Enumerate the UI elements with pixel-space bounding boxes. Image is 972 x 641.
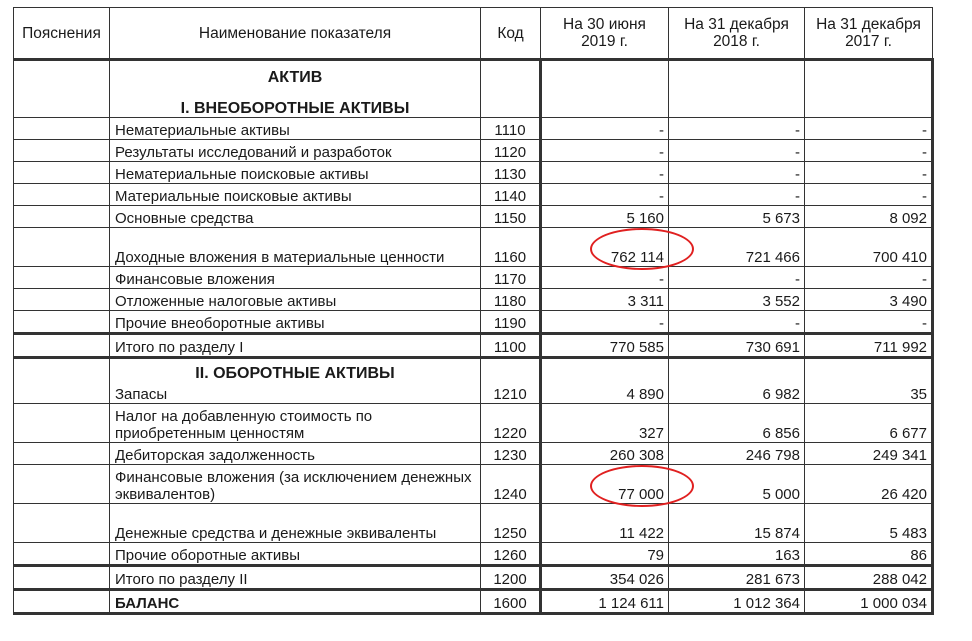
row-value-2017: 5 483 xyxy=(805,504,933,543)
table-row: Прочие оборотные активы12607916386 xyxy=(14,543,933,566)
row-value-2017: 711 992 xyxy=(805,334,933,358)
header-col-2019-line1: На 30 июня xyxy=(563,16,646,33)
row-value-2018: - xyxy=(669,118,805,140)
value-text: - xyxy=(659,188,664,205)
table-row: Результаты исследований и разработок1120… xyxy=(14,140,933,162)
table-row: Материальные поисковые активы1140--- xyxy=(14,184,933,206)
value-text: - xyxy=(659,271,664,288)
row-value-2018: 730 691 xyxy=(669,334,805,358)
row-value-2019: 79 xyxy=(541,543,669,566)
header-col-2019: На 30 июня2019 г. xyxy=(541,8,669,60)
row-code: 1100 xyxy=(481,334,541,358)
row-value-2017: - xyxy=(805,311,933,334)
value-cell xyxy=(669,60,805,118)
row-code: 1130 xyxy=(481,162,541,184)
notes-cell xyxy=(14,206,110,228)
notes-cell xyxy=(14,140,110,162)
row-value-2018: - xyxy=(669,267,805,289)
row-name: Материальные поисковые активы xyxy=(110,184,481,206)
row-code: 1180 xyxy=(481,289,541,311)
row-value-2018: - xyxy=(669,311,805,334)
row-name: Финансовые вложения (за исключением дене… xyxy=(110,465,481,504)
row-name: Нематериальные поисковые активы xyxy=(110,162,481,184)
row-value-2017: 3 490 xyxy=(805,289,933,311)
row-value-2017: - xyxy=(805,162,933,184)
table-row: Финансовые вложения (за исключением дене… xyxy=(14,465,933,504)
row-value-2018: 6 856 xyxy=(669,404,805,443)
header-notes: Пояснения xyxy=(14,8,110,60)
value-text: 3 311 xyxy=(628,293,664,310)
value-text: 1 124 611 xyxy=(598,595,664,612)
row-name: Финансовые вложения xyxy=(110,267,481,289)
notes-cell xyxy=(14,118,110,140)
header-col-2018-line1: На 31 декабря xyxy=(684,16,789,33)
header-col-2018-line2: 2018 г. xyxy=(713,33,760,50)
row-code: 1260 xyxy=(481,543,541,566)
value-text: - xyxy=(659,122,664,139)
section-title-asset: АКТИВI. ВНЕОБОРОТНЫЕ АКТИВЫ xyxy=(110,60,481,118)
row-value-2019: 11 422 xyxy=(541,504,669,543)
row-value-2019: 354 026 xyxy=(541,566,669,590)
notes-cell xyxy=(14,334,110,358)
row-value-2017: 249 341 xyxy=(805,443,933,465)
row-code: 1110 xyxy=(481,118,541,140)
row-value-2019: - xyxy=(541,184,669,206)
notes-cell xyxy=(14,228,110,267)
row-value-2019: 1 124 611 xyxy=(541,590,669,614)
row-code: 1250 xyxy=(481,504,541,543)
notes-cell xyxy=(14,60,110,118)
row-name: Дебиторская задолженность xyxy=(110,443,481,465)
row-name: Денежные средства и денежные эквиваленты xyxy=(110,504,481,543)
row-name: Отложенные налоговые активы xyxy=(110,289,481,311)
row-name: Налог на добавленную стоимость по приобр… xyxy=(110,404,481,443)
table-row: Доходные вложения в материальные ценност… xyxy=(14,228,933,267)
notes-cell xyxy=(14,504,110,543)
value-text: 5 160 xyxy=(626,210,664,227)
table-row: Отложенные налоговые активы11803 3113 55… xyxy=(14,289,933,311)
table-row: Налог на добавленную стоимость по приобр… xyxy=(14,404,933,443)
row-value-2018: 3 552 xyxy=(669,289,805,311)
header-col-2019-line2: 2019 г. xyxy=(581,33,628,50)
value-cell xyxy=(541,60,669,118)
notes-cell xyxy=(14,404,110,443)
table-row: Нематериальные поисковые активы1130--- xyxy=(14,162,933,184)
notes-cell xyxy=(14,358,110,404)
section-title-row: АКТИВI. ВНЕОБОРОТНЫЕ АКТИВЫ xyxy=(14,60,933,118)
row-value-2017: 26 420 xyxy=(805,465,933,504)
notes-cell xyxy=(14,184,110,206)
header-col-2017-line2: 2017 г. xyxy=(845,33,892,50)
row-name-text: Запасы xyxy=(115,386,475,403)
value-text: 77 000 xyxy=(618,486,664,503)
row-code: 1140 xyxy=(481,184,541,206)
row-name: Доходные вложения в материальные ценност… xyxy=(110,228,481,267)
row-value-2019: - xyxy=(541,140,669,162)
header-code: Код xyxy=(481,8,541,60)
header-col-2017-line1: На 31 декабря xyxy=(816,16,921,33)
row-value-2018: 246 798 xyxy=(669,443,805,465)
notes-cell xyxy=(14,162,110,184)
value-text: 327 xyxy=(639,425,664,442)
row-value-2019: 77 000 xyxy=(541,465,669,504)
header-col-2017: На 31 декабря2017 г. xyxy=(805,8,933,60)
table-row: БАЛАНС16001 124 6111 012 3641 000 034 xyxy=(14,590,933,614)
row-value-2019: 4 890 xyxy=(541,358,669,404)
row-value-2019: 260 308 xyxy=(541,443,669,465)
row-code: 1200 xyxy=(481,566,541,590)
table-row: Итого по разделу II1200354 026281 673288… xyxy=(14,566,933,590)
header-name: Наименование показателя xyxy=(110,8,481,60)
table-row: Нематериальные активы1110--- xyxy=(14,118,933,140)
table-row: Прочие внеоборотные активы1190--- xyxy=(14,311,933,334)
row-code: 1190 xyxy=(481,311,541,334)
row-value-2017: - xyxy=(805,118,933,140)
row-value-2018: 6 982 xyxy=(669,358,805,404)
value-text: 79 xyxy=(647,547,664,564)
notes-cell xyxy=(14,543,110,566)
row-value-2019: - xyxy=(541,118,669,140)
value-text: - xyxy=(659,144,664,161)
table-row: Основные средства11505 1605 6738 092 xyxy=(14,206,933,228)
notes-cell xyxy=(14,443,110,465)
value-text: 11 422 xyxy=(619,525,664,542)
row-value-2018: 5 673 xyxy=(669,206,805,228)
row-value-2019: 3 311 xyxy=(541,289,669,311)
row-value-2018: - xyxy=(669,184,805,206)
row-name: II. ОБОРОТНЫЕ АКТИВЫЗапасы xyxy=(110,358,481,404)
value-text: 260 308 xyxy=(610,447,664,464)
row-code: 1160 xyxy=(481,228,541,267)
value-text: 354 026 xyxy=(610,571,664,588)
row-value-2017: 8 092 xyxy=(805,206,933,228)
row-value-2017: 1 000 034 xyxy=(805,590,933,614)
notes-cell xyxy=(14,590,110,614)
code-cell xyxy=(481,60,541,118)
row-code: 1120 xyxy=(481,140,541,162)
row-value-2018: - xyxy=(669,162,805,184)
notes-cell xyxy=(14,311,110,334)
row-code: 1170 xyxy=(481,267,541,289)
row-code: 1210 xyxy=(481,358,541,404)
table-row: Дебиторская задолженность1230260 308246 … xyxy=(14,443,933,465)
row-value-2019: - xyxy=(541,267,669,289)
row-value-2018: - xyxy=(669,140,805,162)
notes-cell xyxy=(14,465,110,504)
value-text: - xyxy=(659,166,664,183)
section2-title: II. ОБОРОТНЫЕ АКТИВЫ xyxy=(115,365,475,382)
row-value-2017: 700 410 xyxy=(805,228,933,267)
value-text: 762 114 xyxy=(611,249,664,266)
notes-cell xyxy=(14,566,110,590)
row-code: 1150 xyxy=(481,206,541,228)
row-name: Нематериальные активы xyxy=(110,118,481,140)
row-code: 1220 xyxy=(481,404,541,443)
row-value-2019: 770 585 xyxy=(541,334,669,358)
value-cell xyxy=(805,60,933,118)
row-value-2019: - xyxy=(541,311,669,334)
row-value-2017: 6 677 xyxy=(805,404,933,443)
row-name: Итого по разделу I xyxy=(110,334,481,358)
value-text: 770 585 xyxy=(610,339,664,356)
row-code: 1230 xyxy=(481,443,541,465)
row-value-2019: 5 160 xyxy=(541,206,669,228)
header-col-2018: На 31 декабря2018 г. xyxy=(669,8,805,60)
table-row: Финансовые вложения1170--- xyxy=(14,267,933,289)
table-row: Итого по разделу I1100770 585730 691711 … xyxy=(14,334,933,358)
row-value-2018: 15 874 xyxy=(669,504,805,543)
row-code: 1600 xyxy=(481,590,541,614)
table-row: II. ОБОРОТНЫЕ АКТИВЫЗапасы12104 8906 982… xyxy=(14,358,933,404)
row-name: Итого по разделу II xyxy=(110,566,481,590)
row-name: Прочие внеоборотные активы xyxy=(110,311,481,334)
row-name: Основные средства xyxy=(110,206,481,228)
row-value-2018: 163 xyxy=(669,543,805,566)
value-text: - xyxy=(659,315,664,332)
table-row: Денежные средства и денежные эквиваленты… xyxy=(14,504,933,543)
balance-sheet-table: Пояснения Наименование показателя Код На… xyxy=(13,7,934,615)
header-row: Пояснения Наименование показателя Код На… xyxy=(14,8,933,60)
row-value-2017: 86 xyxy=(805,543,933,566)
row-value-2019: - xyxy=(541,162,669,184)
row-value-2017: - xyxy=(805,267,933,289)
asset-title: АКТИВ xyxy=(115,69,475,86)
row-code: 1240 xyxy=(481,465,541,504)
row-value-2017: - xyxy=(805,184,933,206)
row-value-2019: 762 114 xyxy=(541,228,669,267)
row-value-2019: 327 xyxy=(541,404,669,443)
notes-cell xyxy=(14,289,110,311)
notes-cell xyxy=(14,267,110,289)
row-value-2018: 281 673 xyxy=(669,566,805,590)
row-name: БАЛАНС xyxy=(110,590,481,614)
row-value-2018: 1 012 364 xyxy=(669,590,805,614)
row-value-2017: - xyxy=(805,140,933,162)
row-name: Результаты исследований и разработок xyxy=(110,140,481,162)
section1-title: I. ВНЕОБОРОТНЫЕ АКТИВЫ xyxy=(115,100,475,117)
row-value-2017: 35 xyxy=(805,358,933,404)
row-value-2018: 721 466 xyxy=(669,228,805,267)
row-value-2018: 5 000 xyxy=(669,465,805,504)
row-value-2017: 288 042 xyxy=(805,566,933,590)
row-name: Прочие оборотные активы xyxy=(110,543,481,566)
